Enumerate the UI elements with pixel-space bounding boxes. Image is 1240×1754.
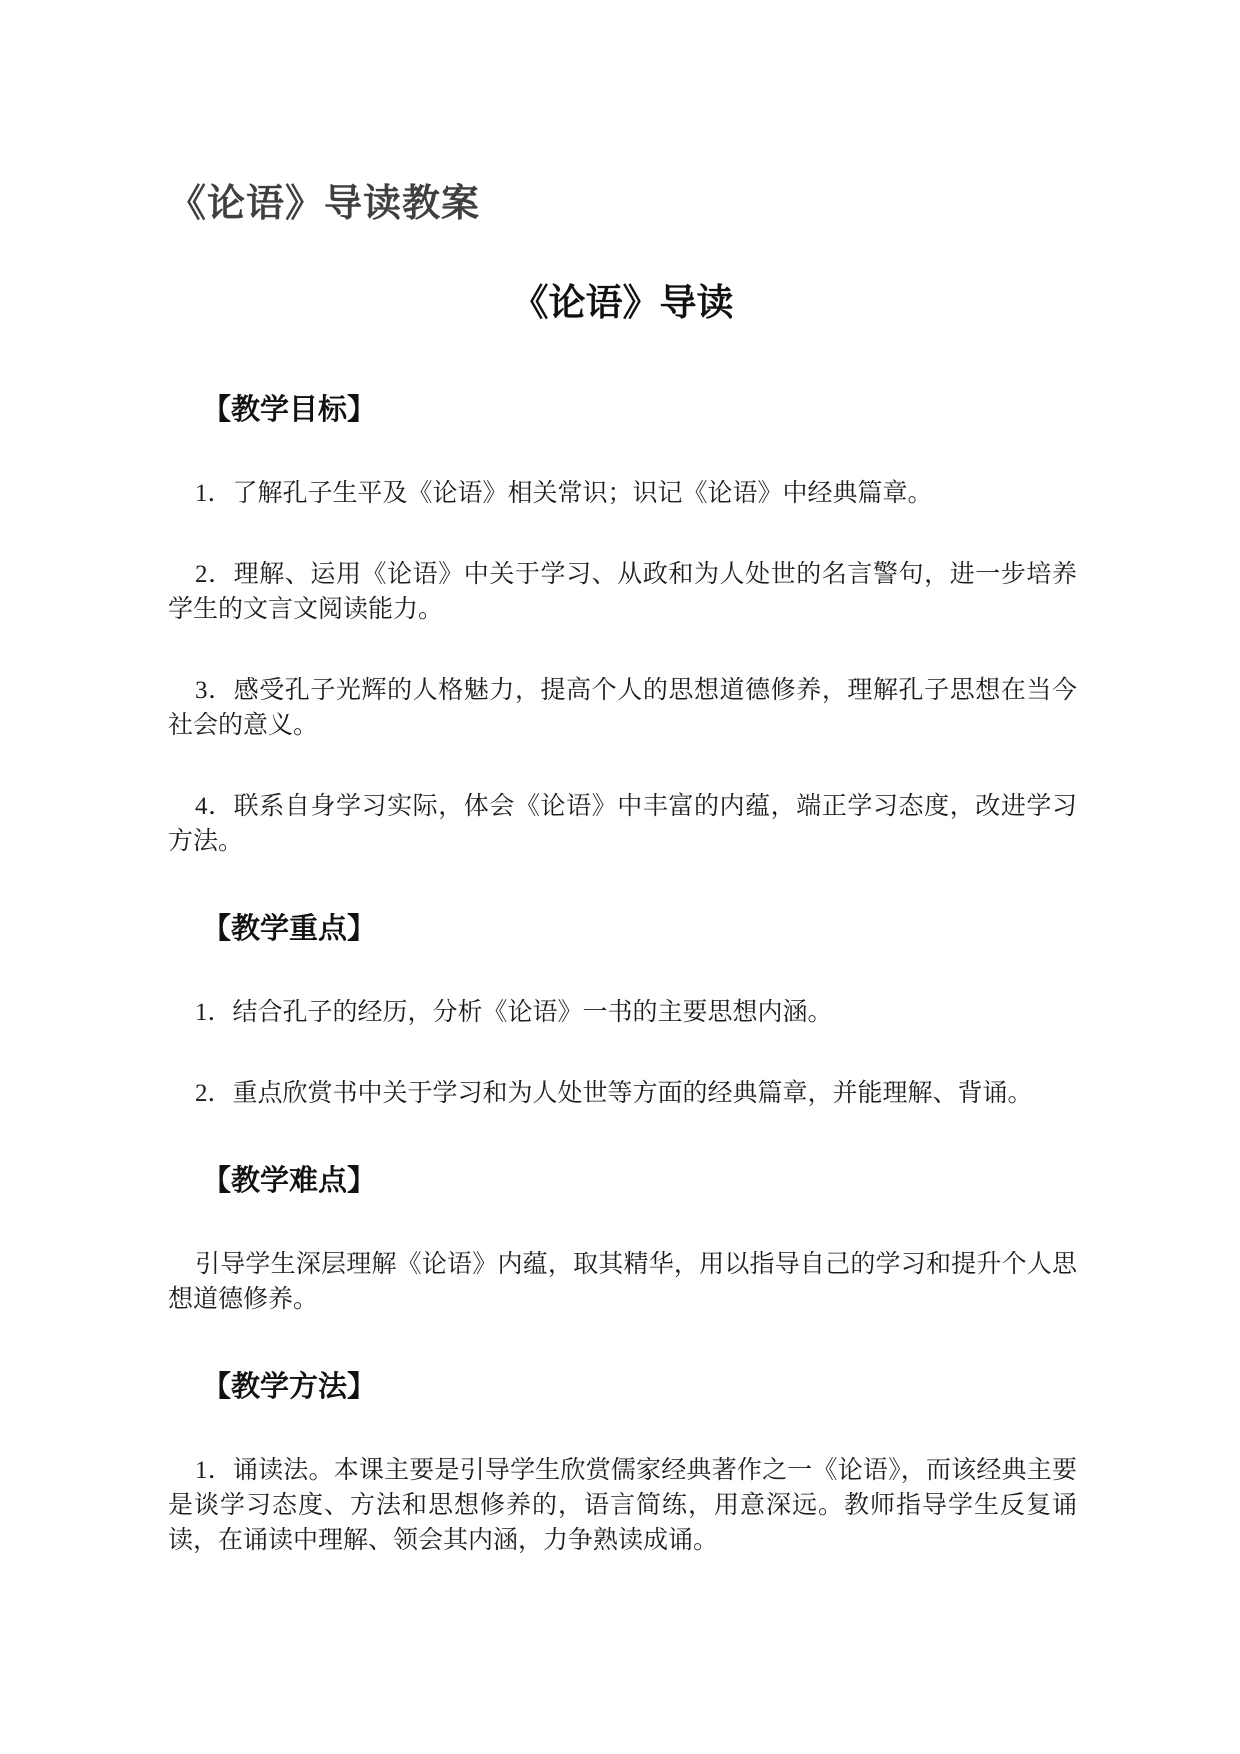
teaching-section: 【教学难点】 引导学生深层理解《论语》内蕴，取其精华，用以指导自己的学习和提升个…: [168, 1165, 1077, 1317]
teaching-section: 【教学方法】 1．诵读法。本课主要是引导学生欣赏儒家经典著作之一《论语》，而该经…: [168, 1371, 1077, 1558]
document-page: 《论语》导读教案 《论语》导读 【教学目标】 1．了解孔子生平及《论语》相关常识…: [0, 0, 1240, 1754]
section-heading: 【教学目标】: [168, 394, 1077, 426]
body-paragraph: 引导学生深层理解《论语》内蕴，取其精华，用以指导自己的学习和提升个人思想道德修养…: [168, 1247, 1077, 1317]
section-heading: 【教学重点】: [168, 913, 1077, 945]
teaching-section: 【教学目标】 1．了解孔子生平及《论语》相关常识；识记《论语》中经典篇章。2．理…: [168, 394, 1077, 859]
sections-container: 【教学目标】 1．了解孔子生平及《论语》相关常识；识记《论语》中经典篇章。2．理…: [168, 394, 1077, 1558]
doc-title: 《论语》导读: [168, 282, 1077, 326]
section-heading: 【教学难点】: [168, 1165, 1077, 1197]
body-paragraph: 4．联系自身学习实际，体会《论语》中丰富的内蕴，端正学习态度，改进学习方法。: [168, 789, 1077, 859]
section-heading: 【教学方法】: [168, 1371, 1077, 1403]
body-paragraph: 1．诵读法。本课主要是引导学生欣赏儒家经典著作之一《论语》，而该经典主要是谈学习…: [168, 1453, 1077, 1558]
body-paragraph: 1．了解孔子生平及《论语》相关常识；识记《论语》中经典篇章。: [168, 476, 1077, 511]
body-paragraph: 3．感受孔子光辉的人格魅力，提高个人的思想道德修养，理解孔子思想在当今社会的意义…: [168, 673, 1077, 743]
body-paragraph: 2．重点欣赏书中关于学习和为人处世等方面的经典篇章，并能理解、背诵。: [168, 1076, 1077, 1111]
body-paragraph: 2．理解、运用《论语》中关于学习、从政和为人处世的名言警句，进一步培养学生的文言…: [168, 557, 1077, 627]
teaching-section: 【教学重点】 1．结合孔子的经历，分析《论语》一书的主要思想内涵。2．重点欣赏书…: [168, 913, 1077, 1111]
body-paragraph: 1．结合孔子的经历，分析《论语》一书的主要思想内涵。: [168, 995, 1077, 1030]
doc-heading: 《论语》导读教案: [168, 182, 1077, 226]
